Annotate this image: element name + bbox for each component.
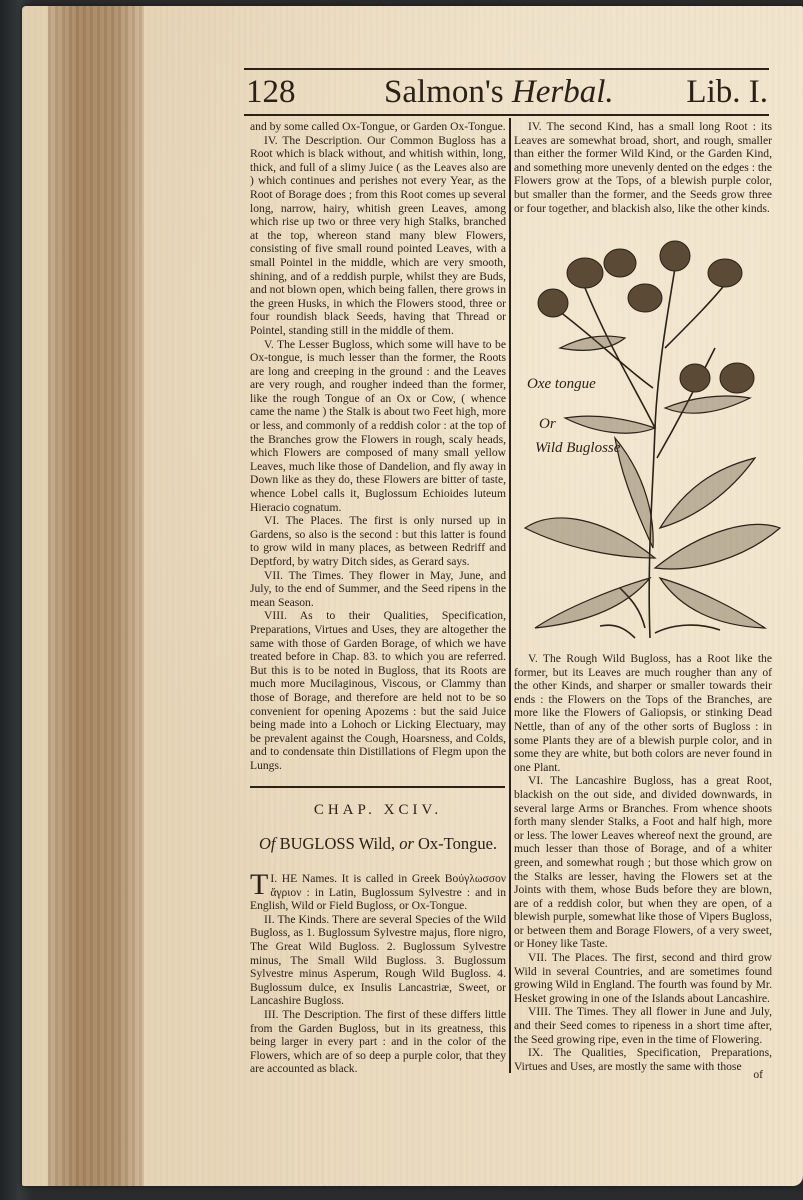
paragraph-description: IV. The Description. Our Common Bugloss … xyxy=(250,134,506,338)
chapter-title-end: Ox-Tongue. xyxy=(418,834,497,853)
running-title-work: Herbal. xyxy=(512,74,614,110)
section-rule xyxy=(250,786,505,788)
catchword: of xyxy=(753,1068,763,1081)
chapter-title: Of BUGLOSS Wild, or Ox-Tongue. xyxy=(250,834,506,854)
paragraph-continuation: and by some called Ox-Tongue, or Garden … xyxy=(250,120,506,134)
paragraph-numeral: I. xyxy=(270,872,277,885)
header-top-rule xyxy=(244,68,769,70)
chapter-title-main: BUGLOSS Wild, xyxy=(280,834,395,853)
column-divider xyxy=(509,118,511,1073)
drop-cap: T xyxy=(250,872,268,898)
running-title-author: Salmon's xyxy=(384,74,504,110)
illustration-label-line1: Oxe tongue xyxy=(527,376,596,393)
paragraph-places-wild: VII. The Places. The first, second and t… xyxy=(514,951,772,1005)
illustration-label-line3: Wild Buglosse xyxy=(535,440,620,457)
paragraph-names: I. T HE Names. It is called in Greek Βού… xyxy=(250,872,506,913)
chapter-title-or: or xyxy=(399,834,414,853)
paragraph-times: VII. The Times. They flower in May, June… xyxy=(250,569,506,610)
paragraph-places: VI. The Places. The first is only nursed… xyxy=(250,514,506,568)
paragraph-times-wild: VIII. The Times. They all flower in June… xyxy=(514,1005,772,1046)
paragraph-kinds: II. The Kinds. There are several Species… xyxy=(250,913,506,1008)
gutter-stain xyxy=(48,6,144,1186)
left-column: and by some called Ox-Tongue, or Garden … xyxy=(250,120,506,773)
right-column-bottom: V. The Rough Wild Bugloss, has a Root li… xyxy=(514,652,772,1073)
paragraph-names-text: HE Names. It is called in Greek Βούγλωσσ… xyxy=(250,872,506,912)
paragraph-rough-wild-bugloss: V. The Rough Wild Bugloss, has a Root li… xyxy=(514,652,772,774)
plant-illustration: Oxe tongue Or Wild Buglosse xyxy=(515,228,785,648)
paragraph-qualities: VIII. As to their Qualities, Specificati… xyxy=(250,609,506,772)
paragraph-qualities-wild: IX. The Qualities, Specification, Prepar… xyxy=(514,1046,772,1073)
paragraph-description-wild: III. The Description. The first of these… xyxy=(250,1008,506,1076)
right-column-top: IV. The second Kind, has a small long Ro… xyxy=(514,120,772,215)
paragraph-lancashire-bugloss: VI. The Lancashire Bugloss, has a great … xyxy=(514,774,772,951)
chapter-body: I. T HE Names. It is called in Greek Βού… xyxy=(250,872,506,1076)
illustration-label-line2: Or xyxy=(539,416,556,433)
header-bottom-rule xyxy=(244,114,769,116)
bugloss-woodcut-icon xyxy=(515,228,785,648)
running-title: Salmon's Herbal. xyxy=(384,72,614,112)
chapter-heading: CHAP. XCIV. xyxy=(250,802,506,819)
chapter-title-of: Of xyxy=(259,834,276,853)
running-header: 128 Salmon's Herbal. Lib. I. xyxy=(246,72,768,112)
page-number: 128 xyxy=(246,72,296,112)
book-reference: Lib. I. xyxy=(686,72,768,112)
paragraph-second-kind: IV. The second Kind, has a small long Ro… xyxy=(514,120,772,215)
paragraph-lesser-bugloss: V. The Lesser Bugloss, which some will h… xyxy=(250,338,506,515)
